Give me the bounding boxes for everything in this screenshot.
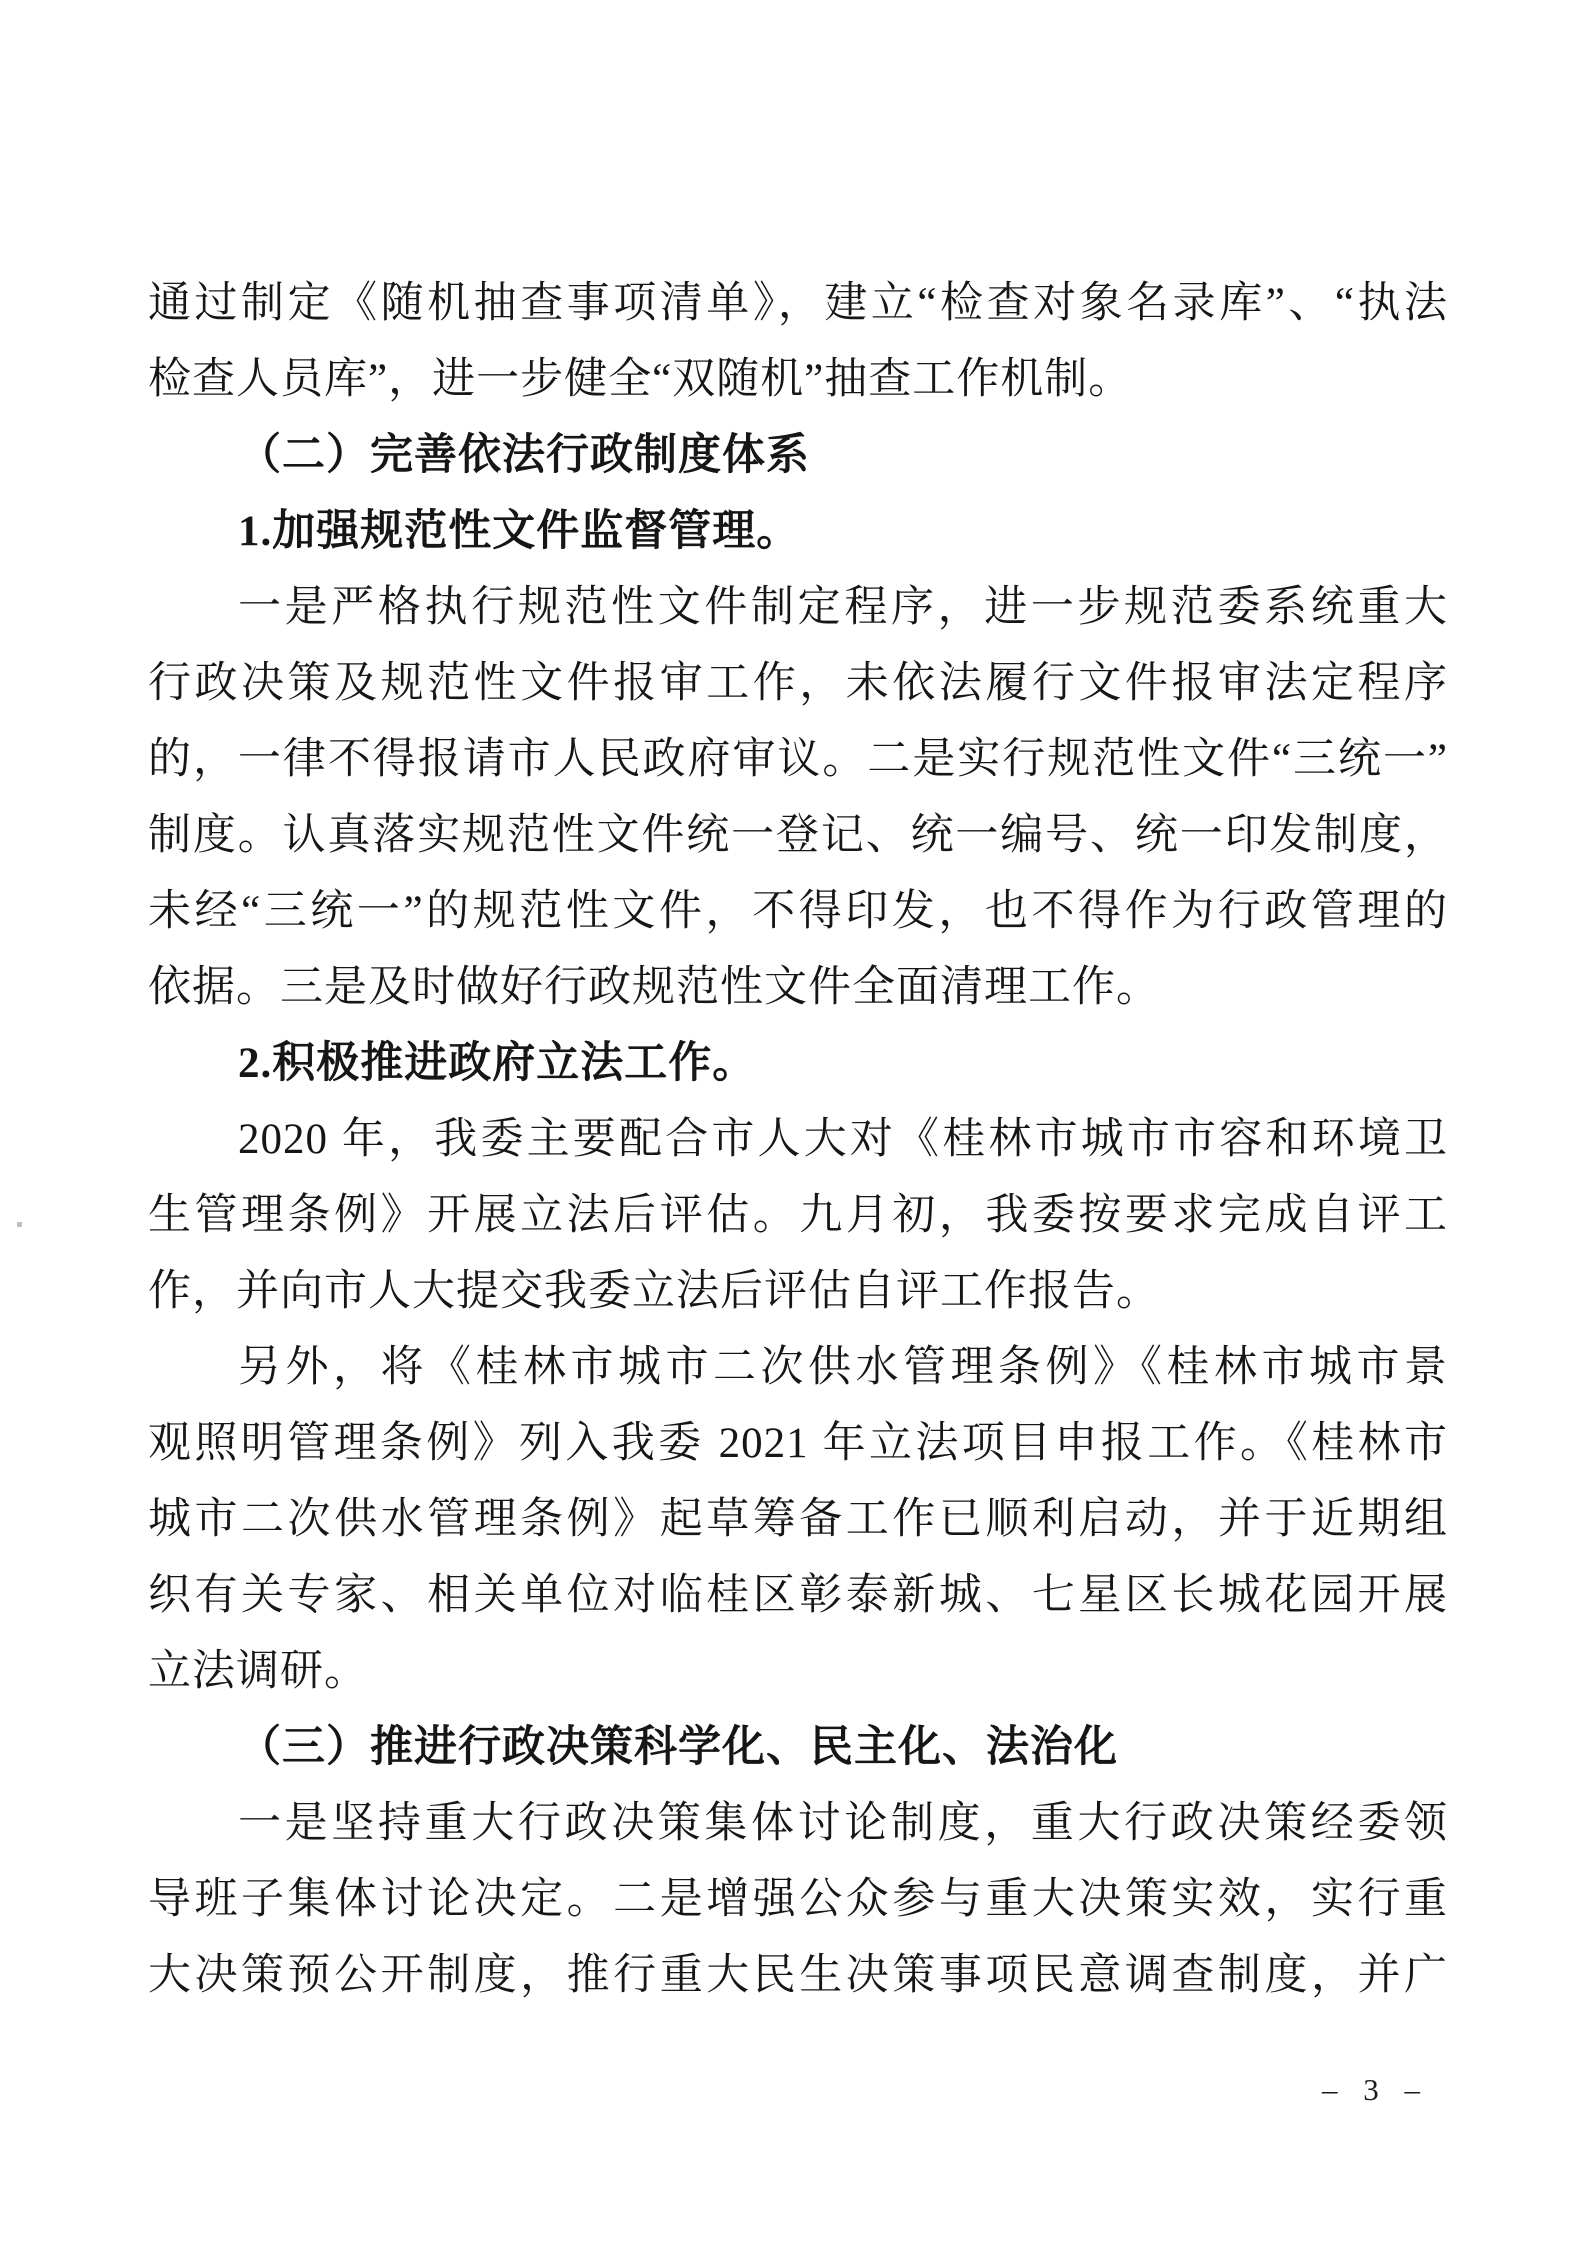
paragraph: 2020 年，我委主要配合市人大对《桂林市城市市容和环境卫生管理条例》开展立法后… xyxy=(148,1102,1448,1330)
text-line: 一是严格执行规范性文件制定程序，进一步规范委系统重大 xyxy=(148,570,1448,646)
text-line: 2020 年，我委主要配合市人大对《桂林市城市市容和环境卫 xyxy=(148,1102,1448,1178)
section-heading: 2.积极推进政府立法工作。 xyxy=(148,1026,1448,1102)
text-line: 另外，将《桂林市城市二次供水管理条例》《桂林市城市景 xyxy=(148,1330,1448,1406)
section-heading: 1.加强规范性文件监督管理。 xyxy=(148,494,1448,570)
text-line: 导班子集体讨论决定。二是增强公众参与重大决策实效，实行重 xyxy=(148,1862,1448,1938)
text-line: 行政决策及规范性文件报审工作，未依法履行文件报审法定程序 xyxy=(148,646,1448,722)
text-line: 生管理条例》开展立法后评估。九月初，我委按要求完成自评工 xyxy=(148,1178,1448,1254)
paragraph: 通过制定《随机抽查事项清单》，建立“检查对象名录库”、“执法检查人员库”，进一步… xyxy=(148,266,1448,418)
text-line: 作，并向市人大提交我委立法后评估自评工作报告。 xyxy=(148,1254,1448,1330)
text-line: 织有关专家、相关单位对临桂区彰泰新城、七星区长城花园开展 xyxy=(148,1558,1448,1634)
text-line: （三）推进行政决策科学化、民主化、法治化 xyxy=(148,1710,1448,1786)
scan-artifact xyxy=(17,1222,22,1227)
text-line: 立法调研。 xyxy=(148,1634,1448,1710)
text-line: 制度。认真落实规范性文件统一登记、统一编号、统一印发制度， xyxy=(148,798,1448,874)
section-heading: （三）推进行政决策科学化、民主化、法治化 xyxy=(148,1710,1448,1786)
text-line: （二）完善依法行政制度体系 xyxy=(148,418,1448,494)
text-line: 2.积极推进政府立法工作。 xyxy=(148,1026,1448,1102)
text-line: 未经“三统一”的规范性文件，不得印发，也不得作为行政管理的 xyxy=(148,874,1448,950)
page-number: – 3 – xyxy=(1322,2072,1429,2108)
text-line: 检查人员库”，进一步健全“双随机”抽查工作机制。 xyxy=(148,342,1448,418)
paragraph: 一是坚持重大行政决策集体讨论制度，重大行政决策经委领导班子集体讨论决定。二是增强… xyxy=(148,1786,1448,2014)
text-line: 依据。三是及时做好行政规范性文件全面清理工作。 xyxy=(148,950,1448,1026)
section-heading: （二）完善依法行政制度体系 xyxy=(148,418,1448,494)
text-line: 的，一律不得报请市人民政府审议。二是实行规范性文件“三统一” xyxy=(148,722,1448,798)
text-line: 一是坚持重大行政决策集体讨论制度，重大行政决策经委领 xyxy=(148,1786,1448,1862)
text-line: 大决策预公开制度，推行重大民生决策事项民意调查制度，并广 xyxy=(148,1938,1448,2014)
text-line: 观照明管理条例》列入我委 2021 年立法项目申报工作。《桂林市 xyxy=(148,1406,1448,1482)
text-line: 城市二次供水管理条例》起草筹备工作已顺利启动，并于近期组 xyxy=(148,1482,1448,1558)
text-line: 1.加强规范性文件监督管理。 xyxy=(148,494,1448,570)
paragraph: 一是严格执行规范性文件制定程序，进一步规范委系统重大行政决策及规范性文件报审工作… xyxy=(148,570,1448,1026)
document-page: 通过制定《随机抽查事项清单》，建立“检查对象名录库”、“执法检查人员库”，进一步… xyxy=(0,0,1587,2246)
document-body: 通过制定《随机抽查事项清单》，建立“检查对象名录库”、“执法检查人员库”，进一步… xyxy=(148,266,1448,2014)
paragraph: 另外，将《桂林市城市二次供水管理条例》《桂林市城市景观照明管理条例》列入我委 2… xyxy=(148,1330,1448,1710)
text-line: 通过制定《随机抽查事项清单》，建立“检查对象名录库”、“执法 xyxy=(148,266,1448,342)
